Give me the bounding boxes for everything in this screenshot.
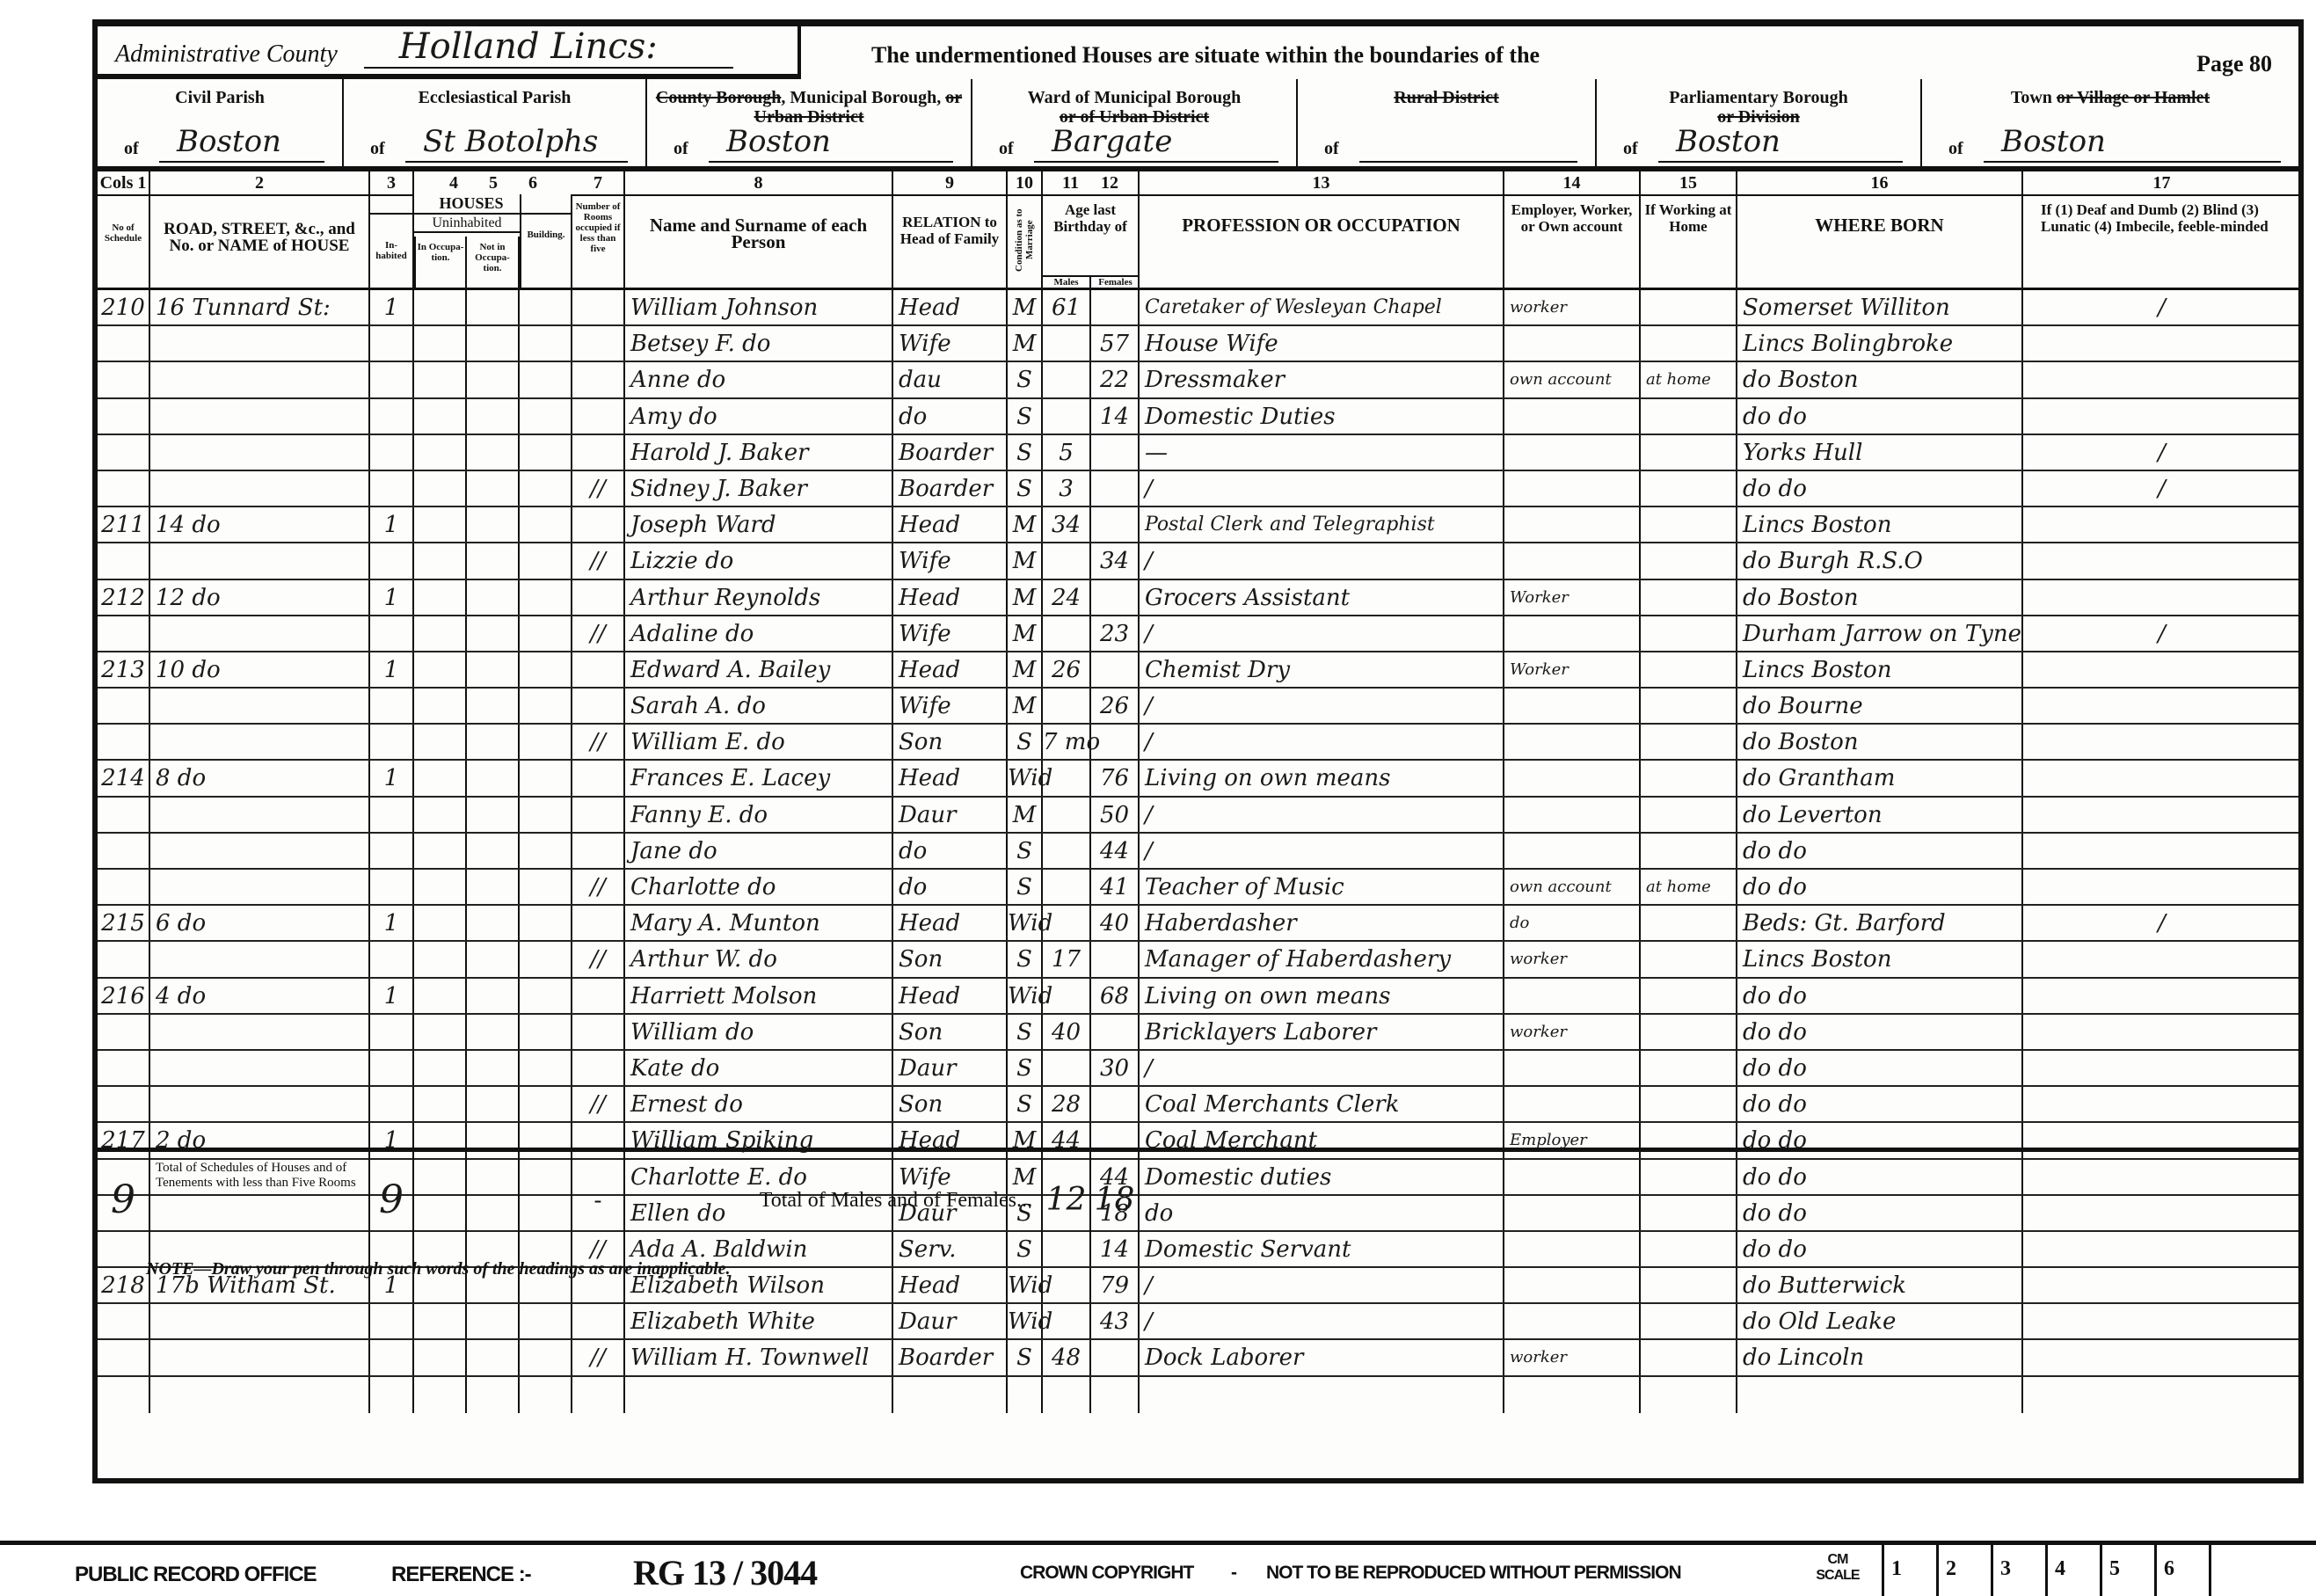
relation-to-head: dau xyxy=(893,362,1008,397)
working-at-home xyxy=(1641,1087,1737,1121)
marital-condition: Wid xyxy=(1008,1268,1043,1302)
rooms-mark: // xyxy=(572,725,625,759)
schedule-number xyxy=(98,834,150,868)
schedules-label: Total of Schedules of Houses and of Tene… xyxy=(150,1152,370,1253)
table-row: Elizabeth WhiteDaurWid43/do Old Leake xyxy=(98,1304,2298,1340)
rooms-mark: // xyxy=(572,543,625,578)
person-name: Harold J. Baker xyxy=(625,435,893,470)
employment-status: worker xyxy=(1504,942,1641,976)
marital-condition: S xyxy=(1008,362,1043,397)
table-row: 2148 do1Frances E. LaceyHeadWid76Living … xyxy=(98,761,2298,797)
marital-condition: S xyxy=(1008,1015,1043,1049)
male-age xyxy=(1043,1051,1091,1085)
schedule-number: 212 xyxy=(98,580,150,615)
inhabited-mark xyxy=(370,1015,414,1049)
marital-condition: S xyxy=(1008,471,1043,506)
female-age xyxy=(1091,290,1140,324)
males-total: 12 xyxy=(1043,1152,1091,1253)
working-at-home xyxy=(1641,507,1737,542)
road-address xyxy=(150,798,370,832)
person-name: Kate do xyxy=(625,1051,893,1085)
inhabited-mark: 1 xyxy=(370,761,414,795)
male-age: 61 xyxy=(1043,290,1091,324)
marital-condition: Wid xyxy=(1008,761,1043,795)
table-row: 21114 do1Joseph WardHeadM34Postal Clerk … xyxy=(98,507,2298,543)
male-age xyxy=(1043,543,1091,578)
employment-status: Worker xyxy=(1504,580,1641,615)
female-age: 22 xyxy=(1091,362,1140,397)
working-at-home xyxy=(1641,1015,1737,1049)
inhabited-mark xyxy=(370,1087,414,1121)
relation-to-head: Daur xyxy=(893,798,1008,832)
occupation: / xyxy=(1140,543,1504,578)
marital-condition: S xyxy=(1008,725,1043,759)
birthplace: do do xyxy=(1737,834,2023,868)
birthplace: Lincs Boston xyxy=(1737,942,2023,976)
admin-county-label: Administrative County xyxy=(115,40,338,69)
male-age xyxy=(1043,870,1091,904)
inhabited-mark xyxy=(370,616,414,651)
marital-condition: Wid xyxy=(1008,1304,1043,1338)
inhabited-mark xyxy=(370,1051,414,1085)
infirmity-mark xyxy=(2023,689,2300,723)
occupation: Living on own means xyxy=(1140,979,1504,1013)
marital-condition: M xyxy=(1008,543,1043,578)
occupation: Teacher of Music xyxy=(1140,870,1504,904)
road-address: 8 do xyxy=(150,761,370,795)
working-at-home xyxy=(1641,906,1737,940)
female-age: 30 xyxy=(1091,1051,1140,1085)
occupation: Chemist Dry xyxy=(1140,652,1504,687)
employment-status: Worker xyxy=(1504,652,1641,687)
female-age: 43 xyxy=(1091,1304,1140,1338)
relation-to-head: Head xyxy=(893,652,1008,687)
schedule-number xyxy=(98,399,150,434)
schedule-number xyxy=(98,942,150,976)
female-age: 79 xyxy=(1091,1268,1140,1302)
table-row: Kate doDaurS30/do do xyxy=(98,1051,2298,1087)
inhabited-mark xyxy=(370,942,414,976)
employment-status xyxy=(1504,798,1641,832)
col-inhabited: 3In-habited xyxy=(370,171,414,288)
inhabited-mark xyxy=(370,1340,414,1374)
working-at-home xyxy=(1641,290,1737,324)
male-age: 26 xyxy=(1043,652,1091,687)
male-age: 17 xyxy=(1043,942,1091,976)
person-name: Mary A. Munton xyxy=(625,906,893,940)
schedule-number xyxy=(98,435,150,470)
inhabited-mark xyxy=(370,725,414,759)
inhabited-mark xyxy=(370,1304,414,1338)
working-at-home xyxy=(1641,834,1737,868)
male-age: 7 mo xyxy=(1043,725,1091,759)
inhabited-mark xyxy=(370,798,414,832)
birthplace: Durham Jarrow on Tyne xyxy=(1737,616,2023,651)
table-row: Jane dodoS44/do do xyxy=(98,834,2298,870)
schedule-number xyxy=(98,798,150,832)
schedule-number: 215 xyxy=(98,906,150,940)
person-name: Frances E. Lacey xyxy=(625,761,893,795)
person-name: Adaline do xyxy=(625,616,893,651)
female-age xyxy=(1091,580,1140,615)
rooms-total: - xyxy=(572,1152,625,1253)
employment-status xyxy=(1504,543,1641,578)
female-age: 26 xyxy=(1091,689,1140,723)
female-age: 76 xyxy=(1091,761,1140,795)
relation-to-head: Wife xyxy=(893,616,1008,651)
employment-status xyxy=(1504,399,1641,434)
infirmity-mark xyxy=(2023,1087,2300,1121)
archive-footer: PUBLIC RECORD OFFICE REFERENCE :- RG 13 … xyxy=(0,1541,2316,1596)
inhabited-mark xyxy=(370,399,414,434)
occupation: Grocers Assistant xyxy=(1140,580,1504,615)
reference-number: RG 13 / 3044 xyxy=(633,1552,817,1593)
col-relation: 9RELATION to Head of Family xyxy=(893,171,1008,288)
road-address xyxy=(150,362,370,397)
infirmity-mark xyxy=(2023,761,2300,795)
road-address: 12 do xyxy=(150,580,370,615)
marital-condition: M xyxy=(1008,689,1043,723)
person-name: William E. do xyxy=(625,725,893,759)
occupation: Living on own means xyxy=(1140,761,1504,795)
female-age xyxy=(1091,1087,1140,1121)
road-address: 4 do xyxy=(150,979,370,1013)
inhabited-mark xyxy=(370,471,414,506)
relation-to-head: Wife xyxy=(893,543,1008,578)
inhabited-mark: 1 xyxy=(370,652,414,687)
copyright-label: CROWN COPYRIGHT xyxy=(1020,1563,1193,1584)
male-age: 3 xyxy=(1043,471,1091,506)
birthplace: do Lincoln xyxy=(1737,1340,2023,1374)
rooms-mark xyxy=(572,399,625,434)
relation-to-head: Daur xyxy=(893,1051,1008,1085)
marital-condition: S xyxy=(1008,1087,1043,1121)
working-at-home xyxy=(1641,979,1737,1013)
marital-condition: S xyxy=(1008,1340,1043,1374)
rooms-mark xyxy=(572,798,625,832)
male-age xyxy=(1043,1304,1091,1338)
rooms-mark xyxy=(572,906,625,940)
employment-status xyxy=(1504,725,1641,759)
town: Town or Village or Hamlet ofBoston xyxy=(1922,79,2298,166)
working-at-home xyxy=(1641,689,1737,723)
relation-to-head: Wife xyxy=(893,689,1008,723)
office-label: PUBLIC RECORD OFFICE xyxy=(75,1563,317,1587)
birthplace: Lincs Boston xyxy=(1737,652,2023,687)
infirmity-mark: / xyxy=(2023,290,2300,324)
person-name: Arthur Reynolds xyxy=(625,580,893,615)
col-name: 8Name and Surname of each Person xyxy=(625,171,893,288)
infirmity-mark: / xyxy=(2023,616,2300,651)
infirmity-mark xyxy=(2023,543,2300,578)
birthplace: do do xyxy=(1737,1015,2023,1049)
person-name: William Johnson xyxy=(625,290,893,324)
inhabited-mark xyxy=(370,870,414,904)
rooms-mark xyxy=(572,326,625,361)
rooms-mark: // xyxy=(572,870,625,904)
person-name: Sidney J. Baker xyxy=(625,471,893,506)
marital-condition: Wid xyxy=(1008,979,1043,1013)
schedules-total: 9 xyxy=(98,1152,150,1253)
infirmity-mark xyxy=(2023,798,2300,832)
rooms-mark xyxy=(572,507,625,542)
occupation: / xyxy=(1140,1051,1504,1085)
female-age: 34 xyxy=(1091,543,1140,578)
infirmity-mark xyxy=(2023,580,2300,615)
inhabited-mark xyxy=(370,326,414,361)
employment-status: own account xyxy=(1504,362,1641,397)
male-age xyxy=(1043,689,1091,723)
table-row: Harold J. BakerBoarderS5—Yorks Hull/ xyxy=(98,435,2298,471)
inhabited-mark: 1 xyxy=(370,290,414,324)
occupation: / xyxy=(1140,616,1504,651)
occupation: House Wife xyxy=(1140,326,1504,361)
admin-county-value: Holland Lincs: xyxy=(364,26,733,69)
inhabited-mark: 1 xyxy=(370,580,414,615)
rooms-mark xyxy=(572,761,625,795)
female-age xyxy=(1091,652,1140,687)
relation-to-head: Boarder xyxy=(893,435,1008,470)
working-at-home xyxy=(1641,942,1737,976)
relation-to-head: Head xyxy=(893,761,1008,795)
inhabited-mark xyxy=(370,362,414,397)
male-age xyxy=(1043,399,1091,434)
birthplace: do Bourne xyxy=(1737,689,2023,723)
district-header: Civil Parish ofBoston Ecclesiastical Par… xyxy=(98,79,2298,171)
road-address: 14 do xyxy=(150,507,370,542)
col-working-home: 15If Working at Home xyxy=(1641,171,1737,288)
birthplace: do Old Leake xyxy=(1737,1304,2023,1338)
inhabited-mark xyxy=(370,834,414,868)
employment-status xyxy=(1504,435,1641,470)
rooms-mark: // xyxy=(572,1340,625,1374)
birthplace: do Boston xyxy=(1737,362,2023,397)
birthplace: do Boston xyxy=(1737,580,2023,615)
birthplace: Somerset Williton xyxy=(1737,290,2023,324)
employment-status xyxy=(1504,507,1641,542)
marital-condition: M xyxy=(1008,798,1043,832)
schedule-number: 211 xyxy=(98,507,150,542)
employment-status xyxy=(1504,1268,1641,1302)
table-row: //Charlotte dodoS41Teacher of Musicown a… xyxy=(98,870,2298,906)
page-number: Page 80 xyxy=(2196,51,2272,77)
working-at-home xyxy=(1641,798,1737,832)
relation-to-head: do xyxy=(893,399,1008,434)
table-row: //Adaline doWifeM23/Durham Jarrow on Tyn… xyxy=(98,616,2298,652)
birthplace: do do xyxy=(1737,1051,2023,1085)
occupation: Dock Laborer xyxy=(1140,1340,1504,1374)
person-name: Lizzie do xyxy=(625,543,893,578)
marital-condition: M xyxy=(1008,507,1043,542)
relation-to-head: Head xyxy=(893,507,1008,542)
relation-to-head: Head xyxy=(893,290,1008,324)
occupation: / xyxy=(1140,1268,1504,1302)
column-headers: Cols 1No of Schedule 2ROAD, STREET, &c.,… xyxy=(98,171,2298,290)
male-age: 24 xyxy=(1043,580,1091,615)
birthplace: Yorks Hull xyxy=(1737,435,2023,470)
uninhabited-label: Uninhabited xyxy=(414,215,520,233)
male-age xyxy=(1043,616,1091,651)
road-address xyxy=(150,399,370,434)
working-at-home xyxy=(1641,725,1737,759)
working-at-home xyxy=(1641,1340,1737,1374)
note-text: NOTE—Draw your pen through such words of… xyxy=(146,1259,731,1279)
relation-to-head: do xyxy=(893,870,1008,904)
infirmity-mark: / xyxy=(2023,435,2300,470)
occupation: — xyxy=(1140,435,1504,470)
road-address xyxy=(150,834,370,868)
occupation: / xyxy=(1140,834,1504,868)
infirmity-mark xyxy=(2023,870,2300,904)
table-row: //Arthur W. doSonS17Manager of Haberdash… xyxy=(98,942,2298,978)
male-age: 28 xyxy=(1043,1087,1091,1121)
female-age: 44 xyxy=(1091,834,1140,868)
male-age xyxy=(1043,798,1091,832)
rooms-mark xyxy=(572,362,625,397)
schedule-number xyxy=(98,1051,150,1085)
infirmity-mark xyxy=(2023,652,2300,687)
schedule-number: 210 xyxy=(98,290,150,324)
occupation: / xyxy=(1140,725,1504,759)
birthplace: Lincs Bolingbroke xyxy=(1737,326,2023,361)
person-name: Edward A. Bailey xyxy=(625,652,893,687)
relation-to-head: Son xyxy=(893,1087,1008,1121)
birthplace: do Boston xyxy=(1737,725,2023,759)
person-name: William do xyxy=(625,1015,893,1049)
occupation: / xyxy=(1140,471,1504,506)
road-address xyxy=(150,1051,370,1085)
person-name: Betsey F. do xyxy=(625,326,893,361)
road-address xyxy=(150,326,370,361)
employment-status xyxy=(1504,1087,1641,1121)
road-address: 10 do xyxy=(150,652,370,687)
male-age xyxy=(1043,761,1091,795)
infirmity-mark xyxy=(2023,507,2300,542)
rooms-mark: // xyxy=(572,616,625,651)
person-name: Jane do xyxy=(625,834,893,868)
rooms-mark xyxy=(572,1051,625,1085)
employment-status xyxy=(1504,326,1641,361)
municipal-borough: County Borough, Municipal Borough, or Ur… xyxy=(647,79,972,166)
table-row: //William H. TownwellBoarderS48Dock Labo… xyxy=(98,1340,2298,1376)
working-at-home xyxy=(1641,580,1737,615)
infirmity-mark xyxy=(2023,1015,2300,1049)
table-row: 2164 do1Harriett MolsonHeadWid68Living o… xyxy=(98,979,2298,1015)
schedule-number xyxy=(98,1304,150,1338)
female-age xyxy=(1091,471,1140,506)
female-age xyxy=(1091,435,1140,470)
working-at-home xyxy=(1641,435,1737,470)
infirmity-mark xyxy=(2023,942,2300,976)
schedule-number xyxy=(98,689,150,723)
working-at-home xyxy=(1641,1304,1737,1338)
birthplace: do do xyxy=(1737,1087,2023,1121)
occupation: Bricklayers Laborer xyxy=(1140,1015,1504,1049)
houses-total: 9 xyxy=(370,1152,414,1253)
road-address xyxy=(150,543,370,578)
rooms-mark: // xyxy=(572,1087,625,1121)
road-address xyxy=(150,1087,370,1121)
table-row: 21212 do1Arthur ReynoldsHeadM24Grocers A… xyxy=(98,580,2298,616)
birthplace: do Grantham xyxy=(1737,761,2023,795)
table-row: //Ernest doSonS28Coal Merchants Clerkdo … xyxy=(98,1087,2298,1123)
employment-status xyxy=(1504,761,1641,795)
col-employer: 14Employer, Worker, or Own account xyxy=(1504,171,1641,288)
rooms-mark xyxy=(572,652,625,687)
table-row: //William E. doSonS7 mo/do Boston xyxy=(98,725,2298,761)
relation-to-head: Head xyxy=(893,1268,1008,1302)
working-at-home xyxy=(1641,399,1737,434)
col-building: Building. xyxy=(520,194,572,290)
infirmity-mark xyxy=(2023,1051,2300,1085)
male-age: 40 xyxy=(1043,1015,1091,1049)
relation-to-head: do xyxy=(893,834,1008,868)
female-age: 50 xyxy=(1091,798,1140,832)
table-row: 21310 do1Edward A. BaileyHeadM26Chemist … xyxy=(98,652,2298,689)
schedule-number: 216 xyxy=(98,979,150,1013)
female-age: 57 xyxy=(1091,326,1140,361)
male-age: 5 xyxy=(1043,435,1091,470)
civil-parish: Civil Parish ofBoston xyxy=(98,79,344,166)
birthplace: Lincs Boston xyxy=(1737,507,2023,542)
employment-status: worker xyxy=(1504,1340,1641,1374)
female-age: 23 xyxy=(1091,616,1140,651)
col-infirmity: 17If (1) Deaf and Dumb (2) Blind (3) Lun… xyxy=(2023,171,2300,288)
road-address xyxy=(150,725,370,759)
marital-condition: S xyxy=(1008,399,1043,434)
relation-to-head: Son xyxy=(893,725,1008,759)
col-in-occupation: In Occupa-tion. xyxy=(414,237,467,290)
administrative-county: Administrative County Holland Lincs: xyxy=(98,26,801,79)
relation-to-head: Son xyxy=(893,1015,1008,1049)
col-condition: 10Condition as to Marriage xyxy=(1008,171,1043,288)
person-name: Arthur W. do xyxy=(625,942,893,976)
schedule-number xyxy=(98,543,150,578)
infirmity-mark xyxy=(2023,1304,2300,1338)
schedule-number xyxy=(98,1087,150,1121)
table-row: William doSonS40Bricklayers Laborerworke… xyxy=(98,1015,2298,1051)
employment-status xyxy=(1504,834,1641,868)
rooms-mark xyxy=(572,834,625,868)
female-age xyxy=(1091,942,1140,976)
inhabited-mark: 1 xyxy=(370,906,414,940)
road-address xyxy=(150,942,370,976)
road-address xyxy=(150,471,370,506)
female-age xyxy=(1091,725,1140,759)
relation-to-head: Daur xyxy=(893,1304,1008,1338)
person-name: Ernest do xyxy=(625,1087,893,1121)
cm-scale-label: CM SCALE xyxy=(1811,1552,1864,1584)
marital-condition: S xyxy=(1008,435,1043,470)
col-schedule: Cols 1No of Schedule xyxy=(98,171,150,288)
birthplace: do do xyxy=(1737,471,2023,506)
rural-district: Rural District of xyxy=(1298,79,1597,166)
person-name: William H. Townwell xyxy=(625,1340,893,1374)
infirmity-mark xyxy=(2023,725,2300,759)
table-row: //Lizzie doWifeM34/do Burgh R.S.O xyxy=(98,543,2298,579)
birthplace: do Butterwick xyxy=(1737,1268,2023,1302)
marital-condition: S xyxy=(1008,870,1043,904)
reference-label: REFERENCE :- xyxy=(391,1563,531,1587)
occupation: Manager of Haberdashery xyxy=(1140,942,1504,976)
male-age xyxy=(1043,906,1091,940)
employment-status xyxy=(1504,1051,1641,1085)
employment-status xyxy=(1504,689,1641,723)
infirmity-mark xyxy=(2023,399,2300,434)
relation-to-head: Boarder xyxy=(893,471,1008,506)
male-age xyxy=(1043,979,1091,1013)
working-at-home: at home xyxy=(1641,870,1737,904)
